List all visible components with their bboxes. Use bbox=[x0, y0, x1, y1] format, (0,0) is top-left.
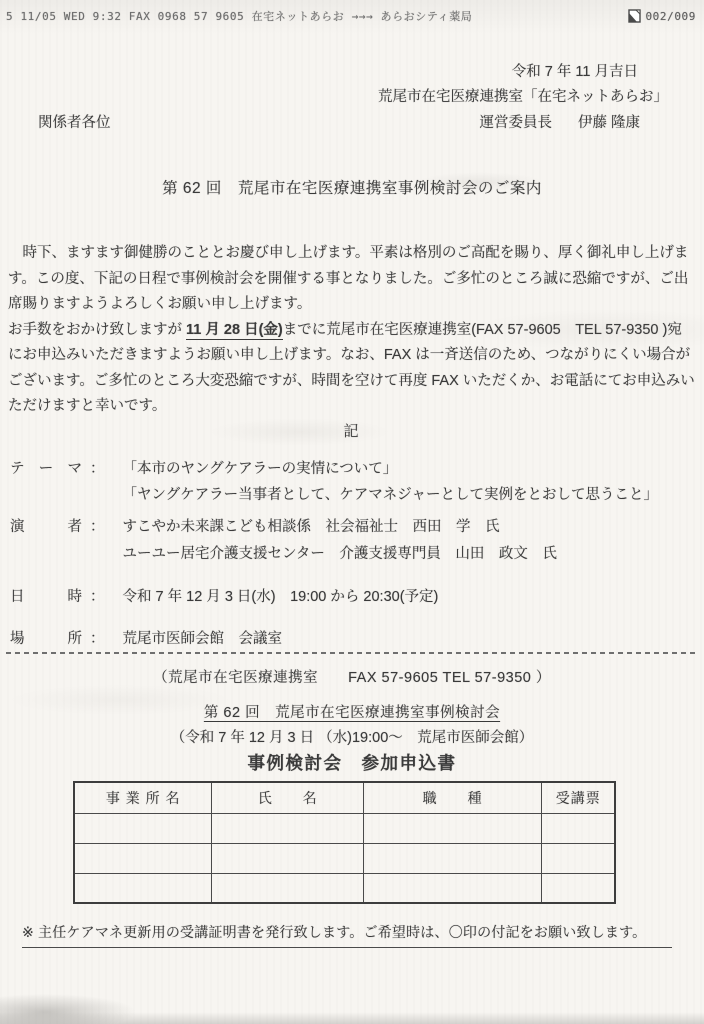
greeting-paragraph-1: 時下、ますます御健勝のこととお慶び申し上げます。平素は格別のご高配を賜り、厚く御… bbox=[8, 241, 696, 318]
cell-job-type bbox=[363, 813, 542, 843]
cell-job-type bbox=[363, 873, 542, 903]
table-row bbox=[74, 813, 615, 843]
theme-line-2: 「ヤングケアラー当事者として、ケアマネジャーとして実例をとおして思うこと」 bbox=[123, 482, 658, 508]
fax-header-text: 5 11/05 WED 9:32 FAX 0968 57 9605 在宅ネットあ… bbox=[6, 8, 472, 24]
theme-line-1: 「本市のヤングケアラーの実情について」 bbox=[123, 456, 658, 482]
letter-sender: 運営委員長伊藤 隆康 bbox=[479, 111, 640, 132]
datetime-value: 令和 7 年 12 月 3 日(水) 19:00 から 20:30(予定) bbox=[123, 584, 439, 610]
cell-office-name bbox=[74, 813, 212, 843]
datetime-label: 日時 bbox=[10, 584, 82, 610]
cell-person-name bbox=[212, 813, 363, 843]
fax-contact-line: （荒尾市在宅医療連携室 FAX 57-9605 TEL 57-9350 ） bbox=[0, 666, 704, 687]
greeting-paragraph-2: お手数をおかけ致しますが 11 月 28 日(金)までに荒尾市在宅医療連携室(F… bbox=[8, 318, 696, 420]
application-heading: 第 62 回 荒尾市在宅医療連携室事例検討会 bbox=[0, 701, 704, 722]
place-value: 荒尾市医師会館 会議室 bbox=[123, 626, 283, 652]
cell-certificate bbox=[542, 873, 615, 903]
cell-office-name bbox=[74, 843, 212, 873]
place-label: 場所 bbox=[10, 626, 82, 652]
column-header-person-name: 氏 名 bbox=[212, 782, 363, 813]
table-row bbox=[74, 873, 615, 903]
column-header-office-name: 事 業 所 名 bbox=[74, 782, 212, 813]
letter-recipient: 関係者各位 bbox=[38, 111, 111, 132]
application-table: 事 業 所 名 氏 名 職 種 受講票 bbox=[73, 781, 616, 904]
cell-certificate bbox=[542, 813, 615, 843]
speaker-line-2: ユーユー居宅介護支援センター 介護支援専門員 山田 政文 氏 bbox=[123, 541, 557, 568]
greeting-body: 時下、ますます御健勝のこととお慶び申し上げます。平素は格別のご高配を賜り、厚く御… bbox=[8, 241, 696, 420]
application-subheading: （令和 7 年 12 月 3 日 （水)19:00～ 荒尾市医師会館） bbox=[0, 726, 704, 747]
detail-place: 場所 ： 荒尾市医師会館 会議室 bbox=[10, 626, 282, 652]
datetime-colon: ： bbox=[90, 584, 105, 610]
record-mark: 記 bbox=[0, 420, 704, 441]
document-page-icon bbox=[628, 9, 641, 23]
deadline-before-text: お手数をおかけ致しますが bbox=[8, 322, 186, 338]
theme-value: 「本市のヤングケアラーの実情について」 「ヤングケアラー当事者として、ケアマネジ… bbox=[123, 456, 658, 508]
table-header-row: 事 業 所 名 氏 名 職 種 受講票 bbox=[74, 782, 615, 813]
sender-name: 伊藤 隆康 bbox=[578, 115, 640, 131]
speaker-label: 演者 bbox=[10, 514, 82, 568]
cell-certificate bbox=[542, 843, 615, 873]
page-count-text: 002/009 bbox=[645, 10, 696, 23]
theme-colon: ： bbox=[90, 456, 105, 508]
table-row bbox=[74, 843, 615, 873]
speaker-line-1: すこやか未来課こども相談係 社会福祉士 西田 学 氏 bbox=[123, 514, 557, 541]
speaker-value: すこやか未来課こども相談係 社会福祉士 西田 学 氏 ユーユー居宅介護支援センタ… bbox=[123, 514, 557, 568]
cell-job-type bbox=[363, 843, 542, 873]
theme-label: テーマ bbox=[10, 456, 82, 508]
place-colon: ： bbox=[90, 626, 105, 652]
dashed-separator bbox=[6, 652, 696, 654]
cell-office-name bbox=[74, 873, 212, 903]
fax-page-indicator: 002/009 bbox=[628, 9, 696, 23]
detail-speakers: 演者 ： すこやか未来課こども相談係 社会福祉士 西田 学 氏 ユーユー居宅介護… bbox=[10, 514, 557, 568]
letter-organization: 荒尾市在宅医療連携室「在宅ネットあらお」 bbox=[378, 85, 668, 106]
fax-transmission-header: 5 11/05 WED 9:32 FAX 0968 57 9605 在宅ネットあ… bbox=[6, 8, 696, 24]
deadline-date: 11 月 28 日(金) bbox=[186, 322, 283, 340]
detail-theme: テーマ ： 「本市のヤングケアラーの実情について」 「ヤングケアラー当事者として… bbox=[10, 456, 658, 508]
footnote: ※ 主任ケアマネ更新用の受講証明書を発行致します。ご希望時は、〇印の付記をお願い… bbox=[22, 922, 672, 948]
column-header-certificate: 受講票 bbox=[542, 782, 615, 813]
column-header-job-type: 職 種 bbox=[363, 782, 542, 813]
document-title: 第 62 回 荒尾市在宅医療連携室事例検討会のご案内 bbox=[0, 176, 704, 198]
speaker-colon: ： bbox=[90, 514, 105, 568]
letter-date: 令和 7 年 11 月吉日 bbox=[512, 60, 638, 81]
detail-datetime: 日時 ： 令和 7 年 12 月 3 日(水) 19:00 から 20:30(予… bbox=[10, 584, 438, 610]
cell-person-name bbox=[212, 873, 363, 903]
fax-document-page: 5 11/05 WED 9:32 FAX 0968 57 9605 在宅ネットあ… bbox=[0, 0, 704, 1024]
application-form-title: 事例検討会 参加申込書 bbox=[0, 750, 704, 775]
letter-recipient-sender-row: 関係者各位 運営委員長伊藤 隆康 bbox=[38, 111, 640, 132]
cell-person-name bbox=[212, 843, 363, 873]
sender-title: 運営委員長 bbox=[479, 115, 552, 131]
